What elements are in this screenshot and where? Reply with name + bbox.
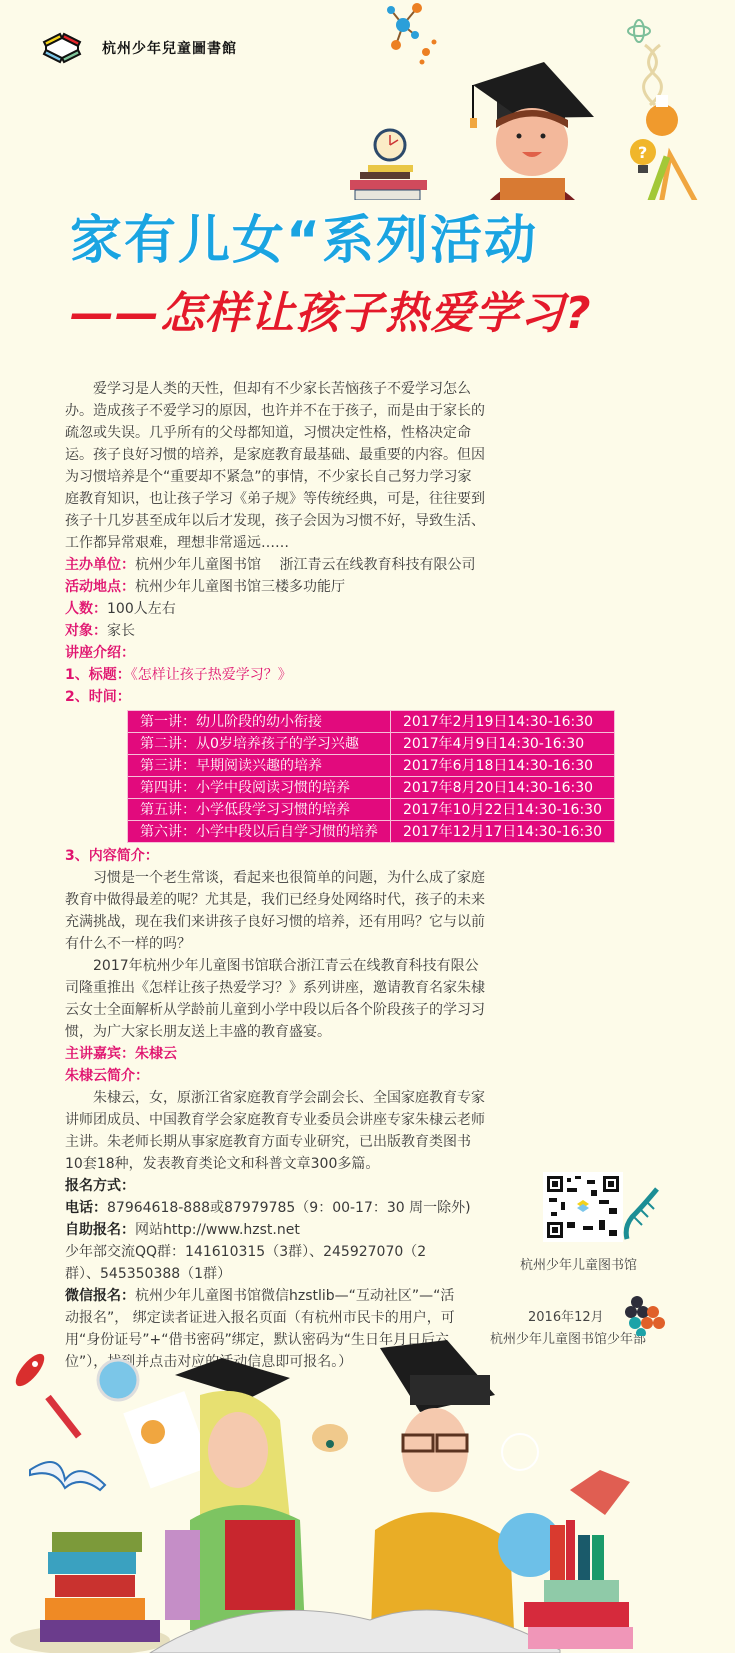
self-register-row: 自助报名：网站http://www.hzst.net	[65, 1219, 485, 1241]
location-label: 活动地点：	[65, 579, 135, 595]
open-book-icon	[30, 1462, 105, 1490]
lecture-intro-label: 讲座介绍：	[65, 645, 135, 661]
location-value: 杭州少年儿童图书馆三楼多功能厅	[135, 579, 345, 595]
topic-row: 1、标题：《怎样让孩子热爱学习？》	[65, 664, 485, 686]
wechat-label: 微信报名：	[65, 1288, 135, 1304]
qq-groups: 少年部交流QQ群：141610315（3群）、245927070（2群）、545…	[65, 1241, 455, 1285]
schedule-table: 第一讲：幼儿阶段的幼小衔接2017年2月19日14:30-16:30 第二讲：从…	[127, 710, 615, 843]
time-cell: 2017年4月9日14:30-16:30	[391, 733, 615, 755]
table-row: 第二讲：从0岁培养孩子的学习兴趣2017年4月9日14:30-16:30	[128, 733, 615, 755]
time-row: 2、时间：	[65, 686, 485, 708]
capacity-row: 人数：100人左右	[65, 598, 485, 620]
topic-label: 1、标题：	[65, 667, 131, 683]
lecture-cell: 第二讲：从0岁培养孩子的学习兴趣	[128, 733, 391, 755]
qr-caption: 杭州少年儿童图书馆	[520, 1254, 637, 1273]
lecture-cell: 第一讲：幼儿阶段的幼小衔接	[128, 711, 391, 733]
lecture-cell: 第六讲：小学中段以后自学习惯的培养	[128, 821, 391, 843]
dna-icon	[622, 1187, 662, 1242]
registration-label: 报名方式：	[65, 1175, 485, 1197]
organizer-value: 杭州少年儿童图书馆 浙江青云在线教育科技有限公司	[135, 557, 475, 573]
table-row: 第四讲：小学中段阅读习惯的培养2017年8月20日14:30-16:30	[128, 777, 615, 799]
topic-value: 《怎样让孩子热爱学习？》	[131, 667, 292, 683]
atom-icon	[628, 20, 650, 42]
audience-label: 对象：	[65, 623, 107, 639]
flask-icon	[98, 1360, 138, 1400]
organizer-label: 主办单位：	[65, 557, 135, 573]
molecule-icon	[387, 3, 437, 65]
bottom-illustration	[0, 1340, 735, 1653]
book-stack-icon	[350, 165, 427, 200]
speaker-label: 主讲嘉宾：朱棣云	[65, 1043, 485, 1065]
time-cell: 2017年2月19日14:30-16:30	[391, 711, 615, 733]
time-cell: 2017年12月17日14:30-16:30	[391, 821, 615, 843]
time-cell: 2017年6月18日14:30-16:30	[391, 755, 615, 777]
lightbulb-question-icon: ?	[630, 139, 656, 173]
self-register-label: 自助报名：	[65, 1222, 135, 1238]
time-cell: 2017年8月20日14:30-16:30	[391, 777, 615, 799]
table-row: 第五讲：小学低段学习习惯的培养2017年10月22日14:30-16:30	[128, 799, 615, 821]
pencil-icon	[45, 1395, 81, 1439]
table-row: 第三讲：早期阅读兴趣的培养2017年6月18日14:30-16:30	[128, 755, 615, 777]
location-row: 活动地点：杭州少年儿童图书馆三楼多功能厅	[65, 576, 485, 598]
table-row: 第六讲：小学中段以后自学习惯的培养2017年12月17日14:30-16:30	[128, 821, 615, 843]
palette-icon	[312, 1424, 348, 1452]
organizer-row: 主办单位：杭州少年儿童图书馆 浙江青云在线教育科技有限公司	[65, 554, 485, 576]
speaker-bio-label: 朱棣云简介：	[65, 1065, 485, 1087]
issue-date: 2016年12月	[528, 1306, 604, 1325]
title-subtitle: ——怎样让孩子热爱学习?	[70, 277, 592, 341]
book-logo-icon	[40, 28, 85, 70]
rocket-icon	[11, 1350, 49, 1391]
intro-paragraph: 爱学习是人类的天性，但却有不少家长苦恼孩子不爱学习怎么办。造成孩子不爱学习的原因…	[65, 378, 485, 554]
time-cell: 2017年10月22日14:30-16:30	[391, 799, 615, 821]
ruler-triangle-icon	[647, 155, 700, 200]
time-label: 2、时间：	[65, 689, 131, 705]
capacity-value: 100人左右	[107, 601, 176, 617]
main-content: 爱学习是人类的天性，但却有不少家长苦恼孩子不爱学习怎么办。造成孩子不爱学习的原因…	[65, 378, 485, 1373]
alarm-clock-icon	[375, 130, 405, 160]
lightbulb-icon	[502, 1434, 538, 1470]
chart-document-icon	[123, 1391, 211, 1488]
table-row: 第一讲：幼儿阶段的幼小衔接2017年2月19日14:30-16:30	[128, 711, 615, 733]
audience-row: 对象：家长	[65, 620, 485, 642]
phone-value: 87964618-888或87979785（9：00-17：30 周一除外)	[107, 1200, 471, 1216]
lecture-cell: 第三讲：早期阅读兴趣的培养	[128, 755, 391, 777]
summary-paragraph-2: 2017年杭州少年儿童图书馆联合浙江青云在线教育科技有限公司隆重推出《怎样让孩子…	[65, 955, 485, 1043]
library-logo	[40, 28, 85, 70]
svg-text:?: ?	[638, 143, 647, 162]
hexagon-cluster-icon	[625, 1296, 670, 1336]
capacity-label: 人数：	[65, 601, 107, 617]
graduate-boy-icon	[470, 62, 594, 200]
title-main: 家有儿女“系列活动	[70, 198, 538, 273]
red-book-icon	[570, 1470, 630, 1515]
book-pile-icon	[10, 1532, 170, 1653]
website-link[interactable]: 网站http://www.hzst.net	[135, 1222, 300, 1238]
lecture-intro-row: 讲座介绍：	[65, 642, 485, 664]
phone-row: 电话：87964618-888或87979785（9：00-17：30 周一除外…	[65, 1197, 485, 1219]
graduate-boy-icon	[370, 1340, 515, 1653]
summary-label: 3、内容简介：	[65, 845, 485, 867]
header-illustration: ?	[350, 0, 735, 200]
audience-value: 家长	[107, 623, 135, 639]
summary-paragraph-1: 习惯是一个老生常谈，看起来也很简单的问题，为什么成了家庭教育中做得最差的呢？尤其…	[65, 867, 485, 955]
qr-code[interactable]	[543, 1172, 623, 1242]
lecture-cell: 第四讲：小学中段阅读习惯的培养	[128, 777, 391, 799]
phone-label: 电话：	[65, 1200, 107, 1216]
speaker-bio: 朱棣云，女，原浙江省家庭教育学会副会长、全国家庭教育专家讲师团成员、中国教育学会…	[65, 1087, 485, 1175]
library-name: 杭州少年兒童圖書館	[102, 38, 237, 58]
qr-code-icon	[547, 1176, 619, 1238]
lecture-cell: 第五讲：小学低段学习习惯的培养	[128, 799, 391, 821]
